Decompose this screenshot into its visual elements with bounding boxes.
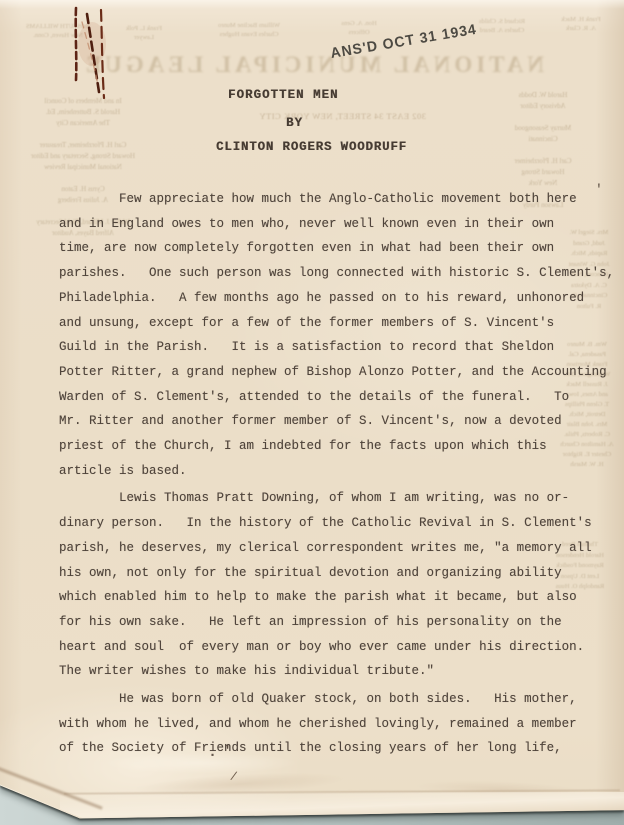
body-line: and unsung, except for a few of the form… — [59, 311, 619, 336]
document-author: CLINTON ROGERS WOODRUFF — [216, 140, 407, 154]
body-line: He was born of old Quaker stock, on both… — [59, 687, 619, 712]
body-line: heart and soul of every man or boy who e… — [59, 635, 619, 660]
pen-scribble-mark — [58, 2, 116, 106]
body-line: priest of the Church, I am indebted for … — [59, 434, 619, 459]
body-line: time, are now completely forgotten even … — [59, 236, 619, 261]
body-line: which enabled him to help to make the pa… — [59, 585, 619, 610]
body-line: parish, he deserves, my clerical corresp… — [59, 536, 619, 561]
document-byline: BY — [286, 116, 303, 130]
paper-shadow-wrap: NATIONAL MUNICIPAL LEAGUE 302 EAST 34 ST… — [0, 0, 624, 825]
body-line: Mr. Ritter and another former member of … — [59, 409, 619, 434]
body-line: with whom he lived, and whom he cherishe… — [59, 712, 619, 737]
bleedthrough-address-line: 302 EAST 34 STREET, NEW YORK CITY — [235, 111, 450, 121]
bleedthrough-top-block: William Bacline Munro Charles Evans Hugh… — [203, 21, 295, 39]
body-line: Warden of S. Clement's, attended to the … — [59, 385, 619, 410]
document-body: Few appreciate how much the Anglo-Cathol… — [59, 184, 619, 761]
body-line: parishes. One such person was long conne… — [59, 261, 619, 286]
body-line: The writer wishes to make his individual… — [59, 659, 619, 684]
body-line: Philadelphia. A few months ago he passed… — [59, 286, 619, 311]
stray-apostrophe-mark: ' — [595, 182, 603, 197]
bleedthrough-top-block: Hon. A. Gens Officers — [328, 19, 390, 37]
bleedthrough-letterhead-title: NATIONAL MUNICIPAL LEAGUE — [78, 52, 548, 78]
bottom-fold-band — [60, 792, 624, 822]
bleedthrough-top-block: Frank H. Mack A. R. Clark — [550, 15, 612, 33]
body-line: for his own sake. He left an impression … — [59, 610, 619, 635]
bleedthrough-top-block: Frank L. Polk Lawyer — [108, 24, 180, 42]
body-line: and in England owes to men who, never we… — [59, 212, 619, 237]
body-line: Potter Ritter, a grand nephew of Bishop … — [59, 360, 619, 385]
paper-sheet: NATIONAL MUNICIPAL LEAGUE 302 EAST 34 ST… — [0, 0, 624, 825]
body-line: article is based. — [59, 459, 619, 484]
body-line: Guild in the Parish. It is a satisfactio… — [59, 335, 619, 360]
body-line: Lewis Thomas Pratt Downing, of whom I am… — [59, 486, 619, 511]
body-line: dinary person. In the history of the Cat… — [59, 511, 619, 536]
body-line: his own, not only for the spiritual devo… — [59, 561, 619, 586]
document-title: FORGOTTEN MEN — [228, 88, 339, 102]
scanned-document-page: NATIONAL MUNICIPAL LEAGUE 302 EAST 34 ST… — [0, 0, 624, 825]
body-line: Few appreciate how much the Anglo-Cathol… — [59, 187, 619, 212]
